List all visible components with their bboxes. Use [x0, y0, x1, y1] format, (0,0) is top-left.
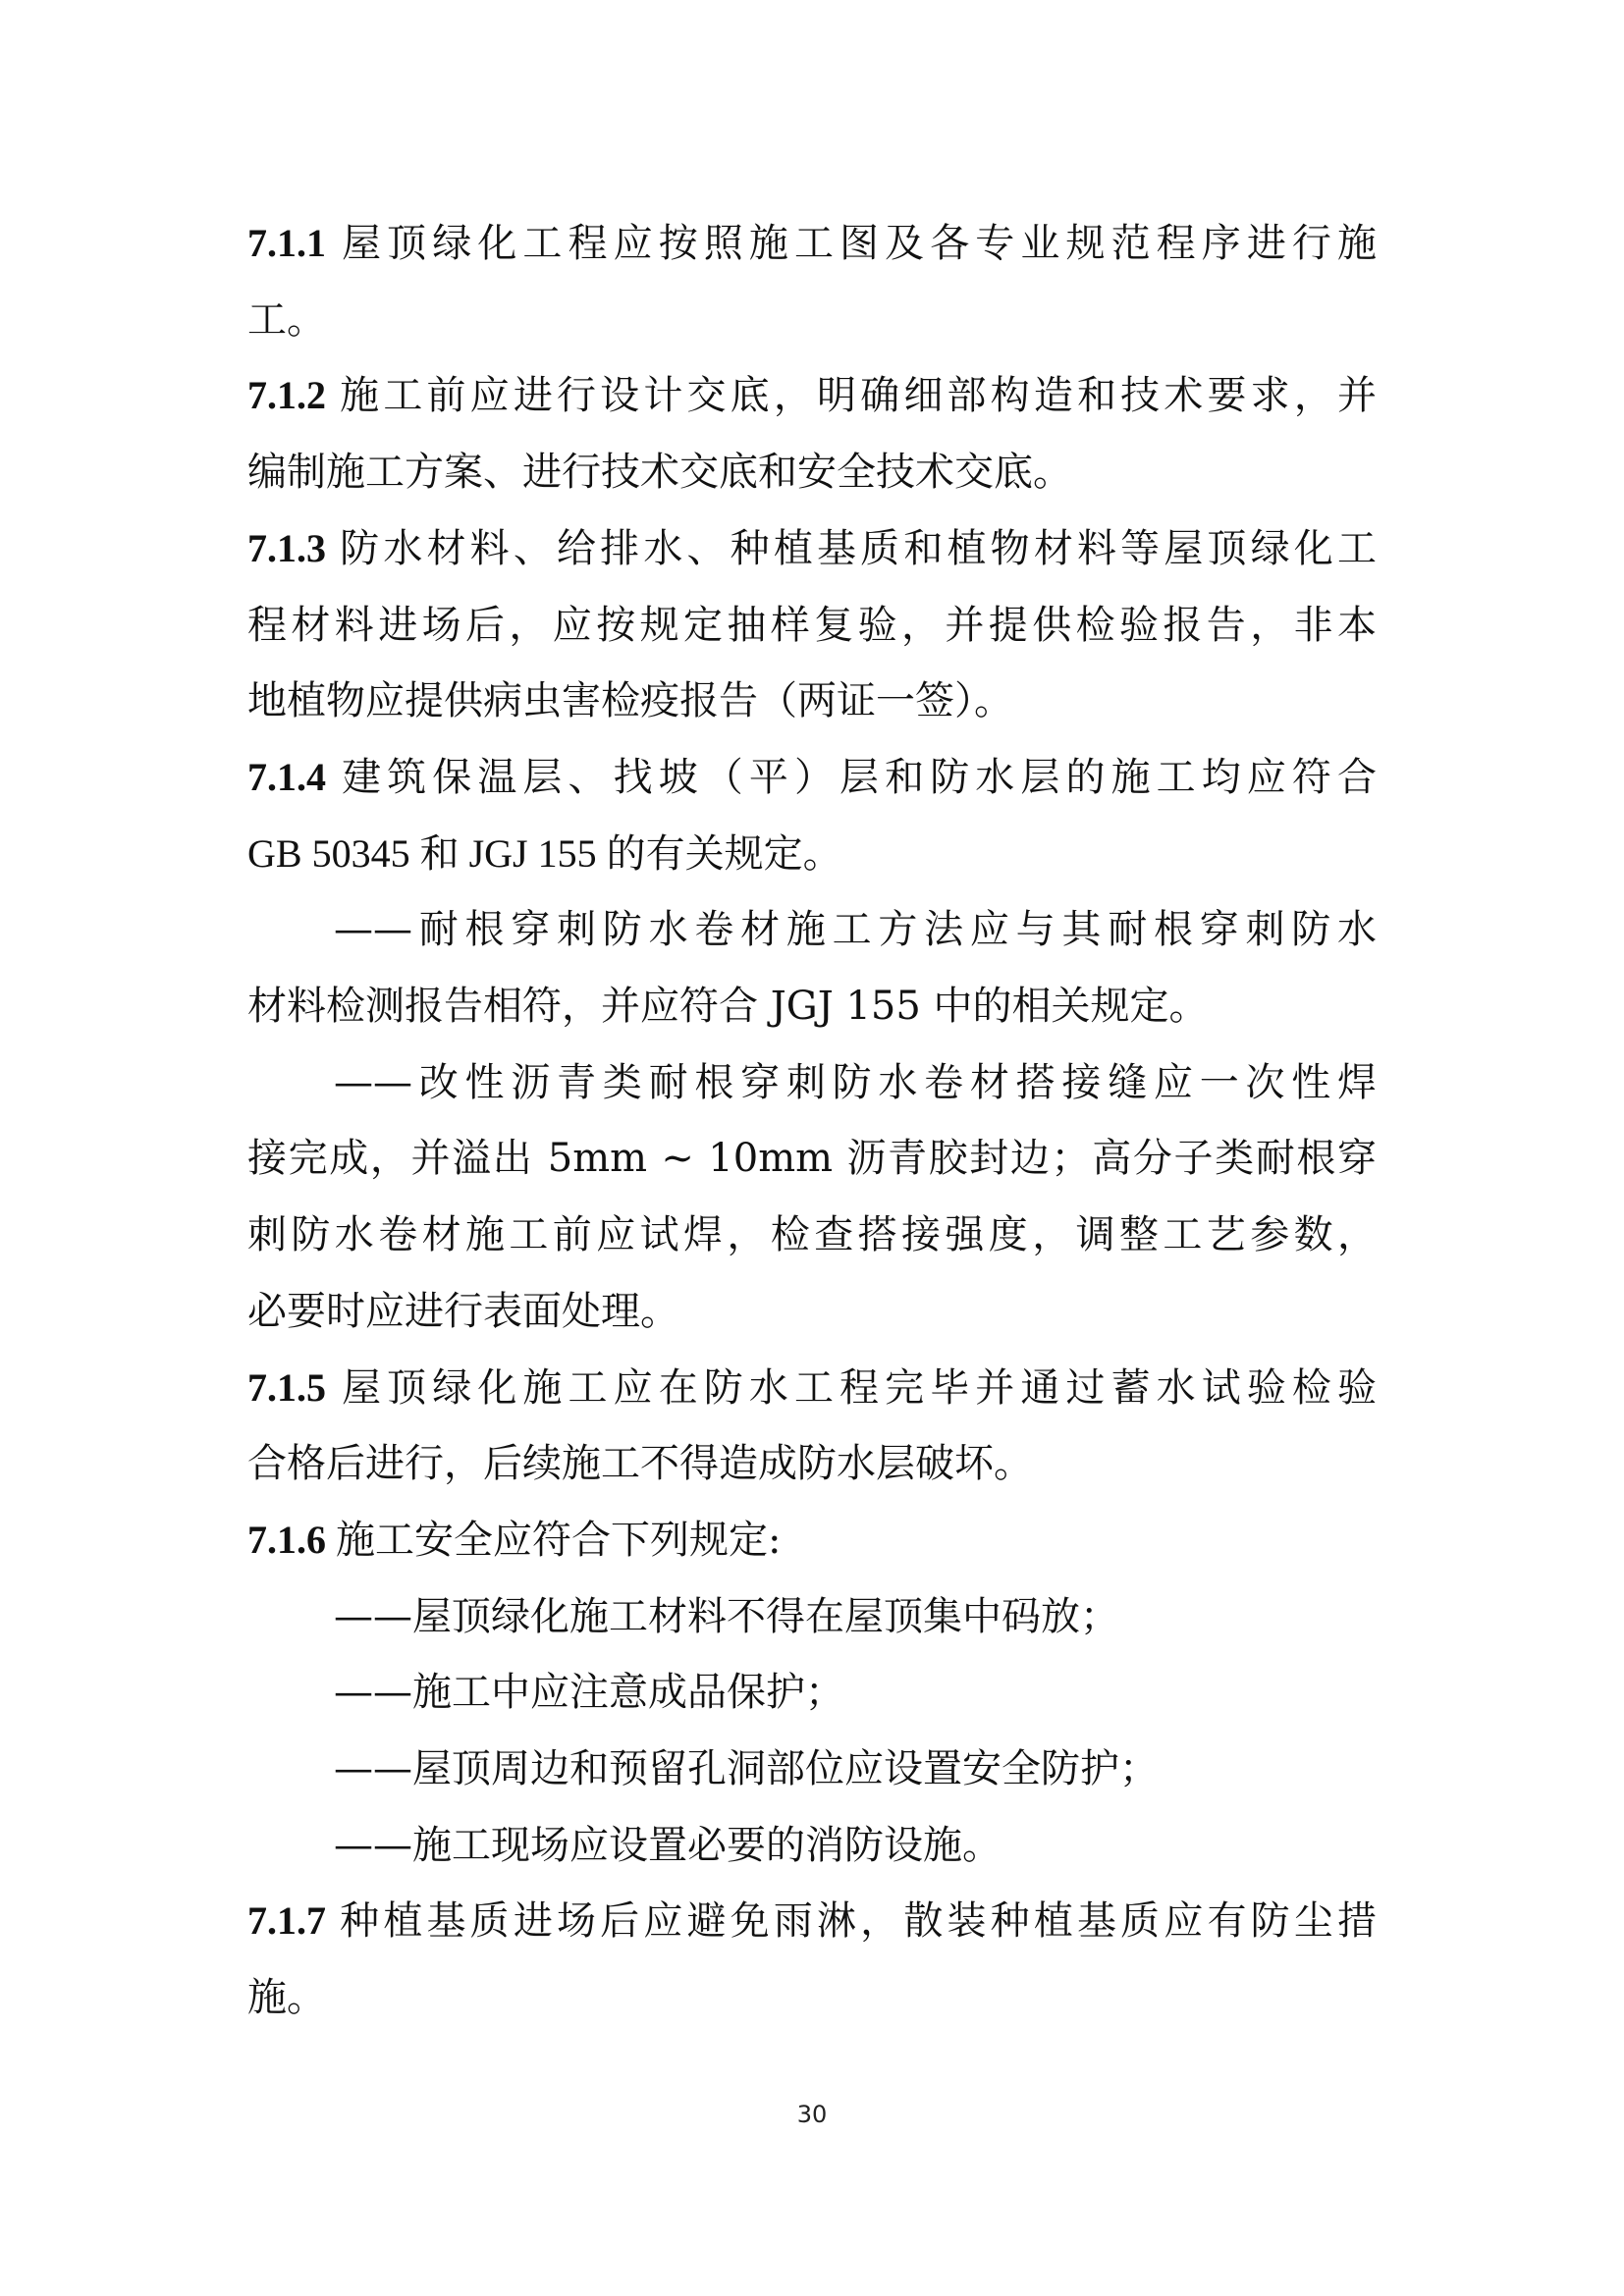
page-number: 30	[0, 2101, 1624, 2128]
clause-text: 屋顶绿化工程应按照施工图及各专业规范程序进行施	[336, 221, 1377, 266]
text-line-20: ——施工中应注意成品保护；	[334, 1654, 1377, 1731]
text-line-5: 7.1.3防水材料、给排水、种植基质和植物材料等屋顶绿化工	[247, 510, 1377, 587]
clause-number: 7.1.4	[247, 755, 326, 799]
clause-text: 屋顶绿化施工应在防水工程完毕并通过蓄水试验检验	[336, 1365, 1377, 1411]
clause-text: GB 50345 和 JGJ 155 的有关规定。	[247, 831, 842, 876]
clause-text: 合格后进行，后续施工不得造成防水层破坏。	[247, 1441, 1033, 1486]
clause-text: 施工安全应符合下列规定:	[336, 1518, 781, 1563]
clause-number: 7.1.1	[247, 221, 326, 265]
text-line-10: ——耐根穿刺防水卷材施工方法应与其耐根穿刺防水	[334, 891, 1377, 968]
clause-number: 7.1.3	[247, 526, 326, 570]
clause-text: 材料检测报告相符，并应符合 JGJ 155 中的相关规定。	[247, 984, 1209, 1029]
text-line-14: 刺防水卷材施工前应试焊，检查搭接强度，调整工艺参数，	[247, 1197, 1377, 1273]
dash-item-text: ——改性沥青类耐根穿刺防水卷材搭接缝应一次性焊	[334, 1060, 1377, 1105]
clause-number: 7.1.7	[247, 1898, 326, 1943]
text-line-3: 7.1.2施工前应进行设计交底，明确细部构造和技术要求，并	[247, 357, 1377, 434]
clause-text: 施。	[247, 1975, 326, 2020]
text-line-9: GB 50345 和 JGJ 155 的有关规定。	[247, 816, 1377, 892]
clause-text: 工。	[247, 297, 326, 343]
text-line-1: 7.1.1屋顶绿化工程应按照施工图及各专业规范程序进行施	[247, 205, 1377, 282]
text-line-7: 地植物应提供病虫害检疫报告（两证一签）。	[247, 663, 1377, 739]
clause-text: 接完成，并溢出 5mm ~ 10mm 沥青胶封边；高分子类耐根穿	[247, 1136, 1377, 1181]
clause-text: 防水材料、给排水、种植基质和植物材料等屋顶绿化工	[336, 526, 1377, 571]
clause-text: 施工前应进行设计交底，明确细部构造和技术要求，并	[336, 373, 1377, 418]
dash-item-text: ——屋顶绿化施工材料不得在屋顶集中码放；	[334, 1594, 1119, 1639]
dash-item-text: ——施工中应注意成品保护；	[334, 1670, 844, 1715]
text-line-21: ——屋顶周边和预留孔洞部位应设置安全防护；	[334, 1731, 1377, 1807]
text-line-23: 7.1.7种植基质进场后应避免雨淋，散装种植基质应有防尘措	[247, 1883, 1377, 1959]
text-line-12: ——改性沥青类耐根穿刺防水卷材搭接缝应一次性焊	[334, 1044, 1377, 1121]
clause-text: 种植基质进场后应避免雨淋，散装种植基质应有防尘措	[336, 1898, 1377, 1944]
dash-item-text: ——耐根穿刺防水卷材施工方法应与其耐根穿刺防水	[334, 907, 1377, 952]
clause-text: 程材料进场后，应按规定抽样复验，并提供检验报告，非本	[247, 603, 1377, 648]
text-line-24: 施。	[247, 1959, 1377, 2036]
document-page: 7.1.1屋顶绿化工程应按照施工图及各专业规范程序进行施 工。 7.1.2施工前…	[0, 0, 1624, 2296]
clause-number: 7.1.5	[247, 1365, 326, 1410]
text-line-13: 接完成，并溢出 5mm ~ 10mm 沥青胶封边；高分子类耐根穿	[247, 1120, 1377, 1197]
text-line-8: 7.1.4建筑保温层、找坡（平）层和防水层的施工均应符合	[247, 739, 1377, 816]
text-line-6: 程材料进场后，应按规定抽样复验，并提供检验报告，非本	[247, 587, 1377, 664]
clause-number: 7.1.2	[247, 373, 326, 417]
text-line-22: ——施工现场应设置必要的消防设施。	[334, 1807, 1377, 1884]
clause-text: 地植物应提供病虫害检疫报告（两证一签）。	[247, 678, 1013, 723]
text-line-11: 材料检测报告相符，并应符合 JGJ 155 中的相关规定。	[247, 968, 1377, 1044]
text-line-18: 7.1.6施工安全应符合下列规定:	[247, 1502, 1377, 1578]
clause-text: 建筑保温层、找坡（平）层和防水层的施工均应符合	[336, 755, 1377, 800]
dash-item-text: ——施工现场应设置必要的消防设施。	[334, 1823, 1001, 1868]
text-line-17: 合格后进行，后续施工不得造成防水层破坏。	[247, 1425, 1377, 1502]
clause-text: 必要时应进行表面处理。	[247, 1289, 679, 1334]
text-line-2: 工。	[247, 282, 1377, 358]
clause-text: 编制施工方案、进行技术交底和安全技术交底。	[247, 450, 1072, 495]
clause-text: 刺防水卷材施工前应试焊，检查搭接强度，调整工艺参数，	[247, 1212, 1377, 1257]
text-line-4: 编制施工方案、进行技术交底和安全技术交底。	[247, 434, 1377, 510]
text-line-16: 7.1.5屋顶绿化施工应在防水工程完毕并通过蓄水试验检验	[247, 1350, 1377, 1426]
text-line-15: 必要时应进行表面处理。	[247, 1273, 1377, 1350]
dash-item-text: ——屋顶周边和预留孔洞部位应设置安全防护；	[334, 1746, 1159, 1791]
text-line-19: ——屋顶绿化施工材料不得在屋顶集中码放；	[334, 1578, 1377, 1655]
clause-number: 7.1.6	[247, 1518, 326, 1562]
